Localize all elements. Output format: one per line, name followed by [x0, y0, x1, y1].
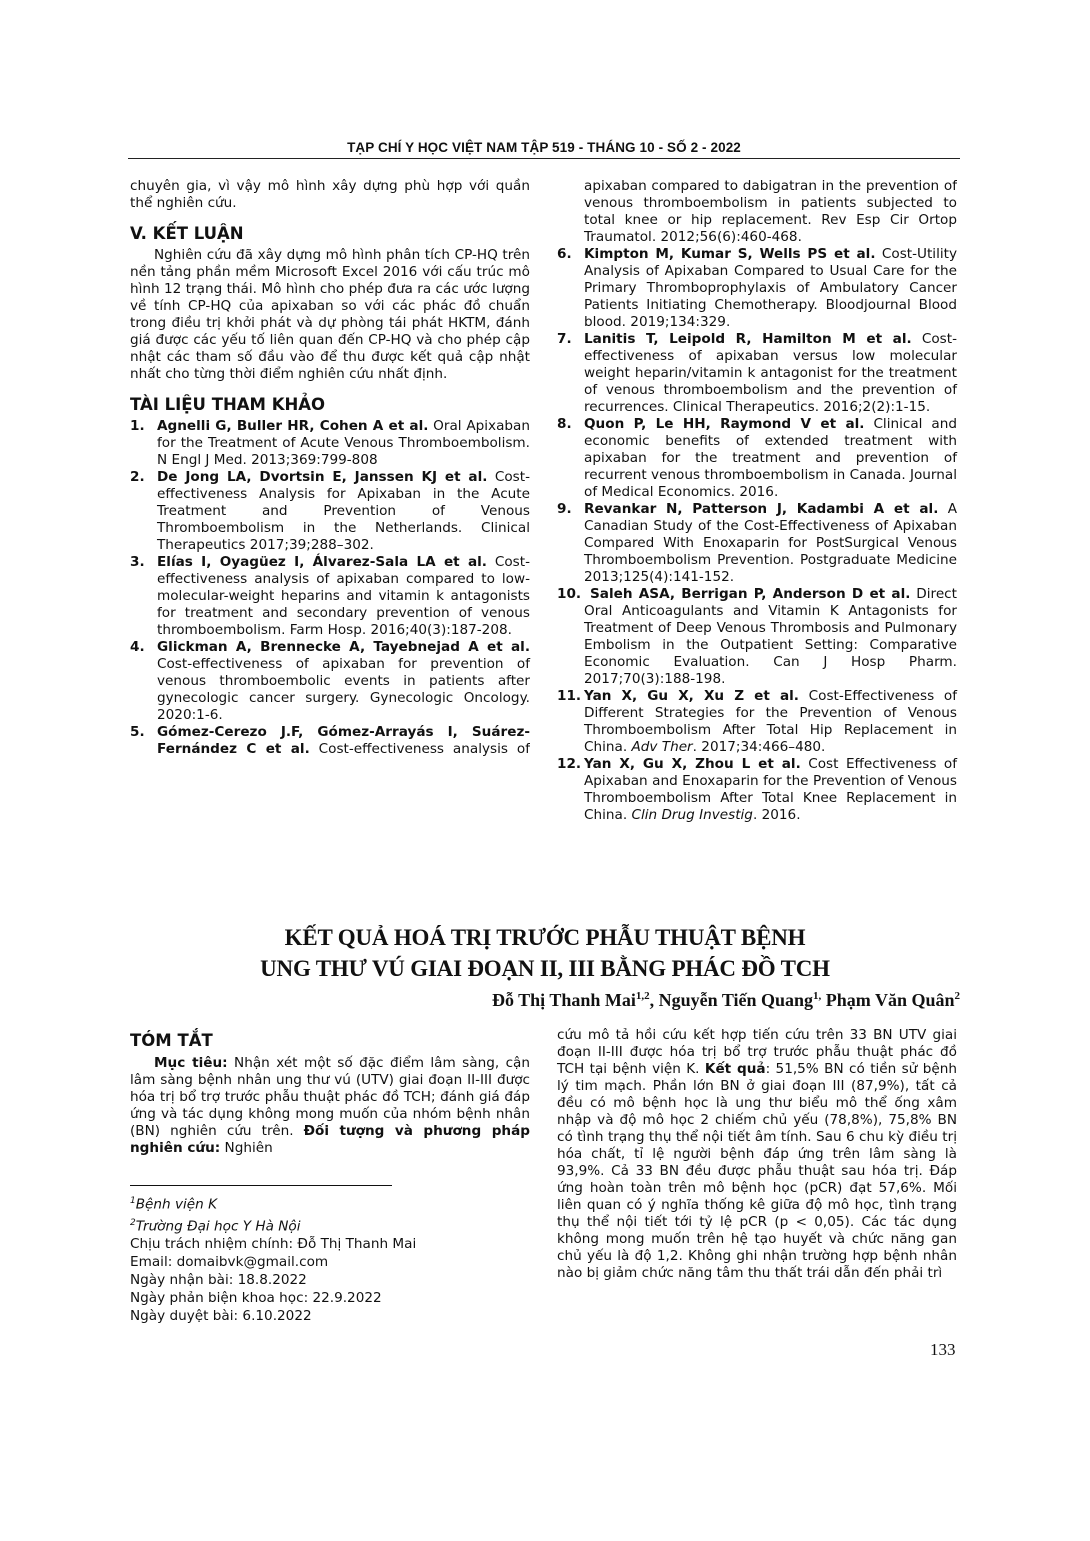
author-name: Nguyễn Tiến Quang — [659, 990, 813, 1010]
reference-item: 10.Saleh ASA, Berrigan P, Anderson D et … — [557, 586, 957, 688]
conclusion-text: Nghiên cứu đã xây dựng mô hình phân tích… — [130, 247, 530, 383]
reference-citation: . 2016. — [753, 807, 801, 823]
reference-number: 8. — [557, 416, 572, 433]
reference-item: 5.Gómez-Cerezo J.F, Gómez-Arrayás I, Suá… — [130, 724, 530, 758]
reference-authors: Yan X, Gu X, Xu Z et al. — [584, 688, 799, 704]
author-affiliation-mark: 2 — [955, 990, 961, 1002]
reference-authors: Agnelli G, Buller HR, Cohen A et al. — [157, 418, 428, 434]
reference-number: 2. — [130, 469, 145, 486]
reference-item: 6.Kimpton M, Kumar S, Wells PS et al. Co… — [557, 246, 957, 331]
reference-item: 12.Yan X, Gu X, Zhou L et al. Cost Effec… — [557, 756, 957, 824]
results-text: : 51,5% BN có tiền sử bệnh lý tim mạch. … — [557, 1061, 957, 1281]
date-received: Ngày nhận bài: 18.8.2022 — [130, 1271, 530, 1289]
references-list-left: 1.Agnelli G, Buller HR, Cohen A et al. O… — [130, 418, 530, 758]
author-affiliation-mark: 1,2 — [636, 990, 650, 1002]
right-column-top: Gómez-Cerezo J.F, Gómez-Arrayás I, Suáre… — [557, 178, 957, 824]
reference-number: 6. — [557, 246, 572, 263]
footnotes: 1Bệnh viện K 2Trường Đại học Y Hà Nội Ch… — [130, 1192, 530, 1325]
references-heading: TÀI LIỆU THAM KHẢO — [130, 395, 530, 415]
results-label: Kết quả — [705, 1061, 766, 1077]
reference-authors: Quon P, Le HH, Raymond V et al. — [584, 416, 864, 432]
reference-item: 7.Lanitis T, Leipold R, Hamilton M et al… — [557, 331, 957, 416]
reference-authors: Kimpton M, Kumar S, Wells PS et al. — [584, 246, 876, 262]
reference-item: 8.Quon P, Le HH, Raymond V et al. Clinic… — [557, 416, 957, 501]
prev-article-text: chuyên gia, vì vậy mô hình xây dựng phù … — [130, 178, 530, 212]
conclusion-heading: V. KẾT LUẬN — [130, 224, 530, 244]
reference-text: Cost-effectiveness of apixaban for preve… — [157, 656, 530, 723]
affiliation-2: 2Trường Đại học Y Hà Nội — [130, 1214, 530, 1236]
reference-journal: Clin Drug Investig — [631, 807, 752, 823]
reference-number: 12. — [557, 756, 581, 773]
reference-item: 2.De Jong LA, Dvortsin E, Janssen KJ et … — [130, 469, 530, 554]
date-accepted: Ngày duyệt bài: 6.10.2022 — [130, 1307, 530, 1325]
reference-authors: Elías I, Oyagüez I, Álvarez-Sala LA et a… — [157, 554, 487, 570]
reference-number: 11. — [557, 688, 581, 705]
abstract-text-right: cứu mô tả hồi cứu kết hợp tiến cứu trên … — [557, 1027, 957, 1282]
methods-text-start: Nghiên — [220, 1140, 273, 1156]
author-name: Đỗ Thị Thanh Mai — [492, 990, 636, 1010]
reference-item: 1.Agnelli G, Buller HR, Cohen A et al. O… — [130, 418, 530, 469]
reference-authors: Glickman A, Brennecke A, Tayebnejad A et… — [157, 639, 530, 655]
reference-number: 5. — [130, 724, 145, 741]
reference-number: 10. — [557, 586, 581, 603]
author-separator: , — [650, 990, 659, 1010]
reference-item: 4.Glickman A, Brennecke A, Tayebnejad A … — [130, 639, 530, 724]
article-title-line-1: KẾT QUẢ HOÁ TRỊ TRƯỚC PHẪU THUẬT BỆNH — [130, 922, 960, 953]
reference-number: 3. — [130, 554, 145, 571]
date-reviewed: Ngày phản biện khoa học: 22.9.2022 — [130, 1289, 530, 1307]
reference-item-continued: Gómez-Cerezo J.F, Gómez-Arrayás I, Suáre… — [557, 178, 957, 246]
reference-authors: De Jong LA, Dvortsin E, Janssen KJ et al… — [157, 469, 487, 485]
reference-text: Cost-effectiveness analysis of apixaban … — [584, 178, 957, 245]
corresponding-author: Chịu trách nhiệm chính: Đỗ Thị Thanh Mai — [130, 1235, 530, 1253]
reference-item: 9.Revankar N, Patterson J, Kadambi A et … — [557, 501, 957, 586]
reference-authors: Lanitis T, Leipold R, Hamilton M et al. — [584, 331, 912, 347]
article-title: KẾT QUẢ HOÁ TRỊ TRƯỚC PHẪU THUẬT BỆNH UN… — [130, 922, 960, 984]
journal-page: TẠP CHÍ Y HỌC VIỆT NAM TẬP 519 - THÁNG 1… — [0, 0, 1090, 1541]
left-column-top: chuyên gia, vì vậy mô hình xây dựng phù … — [130, 178, 530, 758]
running-header: TẠP CHÍ Y HỌC VIỆT NAM TẬP 519 - THÁNG 1… — [128, 140, 960, 159]
reference-authors: Yan X, Gu X, Zhou L et al. — [584, 756, 801, 772]
references-list-right: Gómez-Cerezo J.F, Gómez-Arrayás I, Suáre… — [557, 178, 957, 824]
page-number: 133 — [930, 1340, 956, 1360]
reference-number: 9. — [557, 501, 572, 518]
affiliation-1: 1Bệnh viện K — [130, 1192, 530, 1214]
author-email[interactable]: Email: domaibvk@gmail.com — [130, 1253, 530, 1271]
abstract-text-left: Mục tiêu: Nhận xét một số đặc điểm lâm s… — [130, 1055, 530, 1157]
reference-item: 11.Yan X, Gu X, Xu Z et al. Cost-Effecti… — [557, 688, 957, 756]
author-name: Phạm Văn Quân — [826, 990, 955, 1010]
affiliation-text: Trường Đại học Y Hà Nội — [136, 1218, 301, 1234]
reference-citation: . 2017;34:466–480. — [693, 739, 826, 755]
article-authors: Đỗ Thị Thanh Mai1,2, Nguyễn Tiến Quang1,… — [492, 990, 960, 1011]
article-title-line-2: UNG THƯ VÚ GIAI ĐOẠN II, III BẰNG PHÁC Đ… — [130, 953, 960, 984]
footnote-divider — [130, 1185, 392, 1186]
objective-label: Mục tiêu: — [154, 1055, 228, 1071]
abstract-heading: TÓM TẮT — [130, 1031, 530, 1051]
reference-number: 7. — [557, 331, 572, 348]
reference-journal: Adv Ther — [631, 739, 692, 755]
reference-authors: Revankar N, Patterson J, Kadambi A et al… — [584, 501, 938, 517]
reference-number: 4. — [130, 639, 145, 656]
reference-authors: Saleh ASA, Berrigan P, Anderson D et al. — [584, 586, 910, 602]
left-column-abstract: TÓM TẮT Mục tiêu: Nhận xét một số đặc đi… — [130, 1031, 530, 1325]
affiliation-text: Bệnh viện K — [136, 1197, 217, 1213]
reference-item: 3.Elías I, Oyagüez I, Álvarez-Sala LA et… — [130, 554, 530, 639]
reference-number: 1. — [130, 418, 145, 435]
right-column-abstract: cứu mô tả hồi cứu kết hợp tiến cứu trên … — [557, 1027, 957, 1282]
